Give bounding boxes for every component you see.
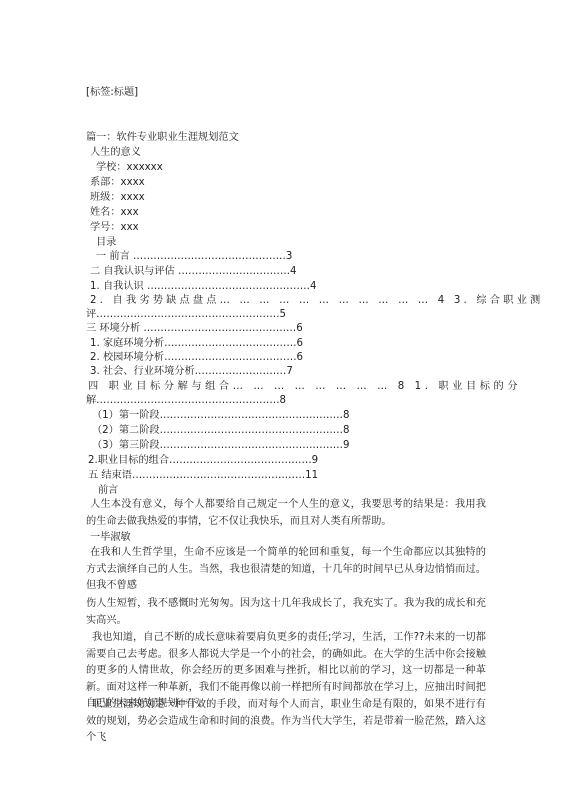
toc-line: 1. 自我认识 …………………………………………4 (90, 280, 316, 294)
toc-line: 五 结束语……………………………………………11 (88, 469, 318, 483)
toc-line: 二 自我认识与评估 ……………………………4 (90, 265, 297, 279)
toc-line: 2.职业目标的组合……………………………………9 (88, 454, 318, 468)
toc-line: 四 职业目标分解与组合… … … … … … … … 8 1. 职业目标的分 (88, 380, 521, 394)
toc-line: 2. 自我劣势缺点盘点… … … … … … … … … … … 4 3. 综合… (90, 294, 543, 308)
body-paragraph-1a: 在我和人生哲学里，生命不应该是一个简单的轮回和重复，每一个生命都应以其独特的方式… (86, 545, 486, 595)
document-page: [标签:标题] 篇一：软件专业职业生涯规划范文 人生的意义 学校：xxxxxx … (0, 0, 566, 800)
toc-line: 评………………………………………………5 (86, 308, 286, 322)
toc-line: 3. 社会、行业环境分析………………………7 (90, 365, 293, 379)
paragraph-text: 伤人生短暂，我不感慨时光匆匆。因为这十几年我成长了，我充实了。我为我的成长和充实… (86, 596, 486, 629)
preface-heading: 前言 (98, 484, 118, 498)
toc-line: （3）第三阶段………………………………………………9 (92, 439, 349, 453)
section-heading: 一毕淑敏 (90, 531, 131, 545)
toc-line: 解………………………………………………8 (86, 394, 286, 408)
info-class: 班级：xxxx (90, 191, 145, 205)
toc-line: 三 环境分析 ………………………………………6 (86, 322, 303, 336)
body-paragraph-1b: 伤人生短暂，我不感慨时光匆匆。因为这十几年我成长了，我充实了。我为我的成长和充实… (86, 596, 486, 629)
toc-line: （2）第二阶段………………………………………………8 (92, 424, 349, 438)
paragraph-text: 职业生涯规划是一种有效的手段，而对每个人而言，职业生命是有限的，如果不进行有效的… (86, 697, 486, 747)
document-title: 篇一：软件专业职业生涯规划范文 (86, 131, 239, 145)
toc-heading: 目录 (96, 236, 116, 250)
toc-line: 1. 家庭环境分析…………………………………6 (90, 337, 303, 351)
body-paragraph-3: 职业生涯规划是一种有效的手段，而对每个人而言，职业生命是有限的，如果不进行有效的… (86, 697, 486, 747)
tag-line: [标签:标题] (86, 86, 138, 100)
info-department: 系部：xxxx (90, 176, 145, 190)
toc-line: （1）第一阶段………………………………………………8 (92, 409, 349, 423)
preface-paragraph: 人生本没有意义，每个人都要给自己规定一个人生的意义，我要思考的结果是：我用我的生… (86, 497, 486, 530)
toc-line: 一 前言 ………………………………………3 (96, 250, 292, 264)
paragraph-text: 在我和人生哲学里，生命不应该是一个简单的轮回和重复，每一个生命都应以其独特的方式… (86, 545, 486, 595)
toc-line: 2. 校园环境分析…………………………………6 (90, 351, 303, 365)
paragraph-text: 人生本没有意义，每个人都要给自己规定一个人生的意义，我要思考的结果是：我用我的生… (86, 497, 486, 530)
info-student-id: 学号：xxx (90, 221, 139, 235)
info-name: 姓名：xxx (90, 206, 139, 220)
info-school: 学校：xxxxxx (96, 161, 163, 175)
subtitle: 人生的意义 (90, 146, 141, 160)
